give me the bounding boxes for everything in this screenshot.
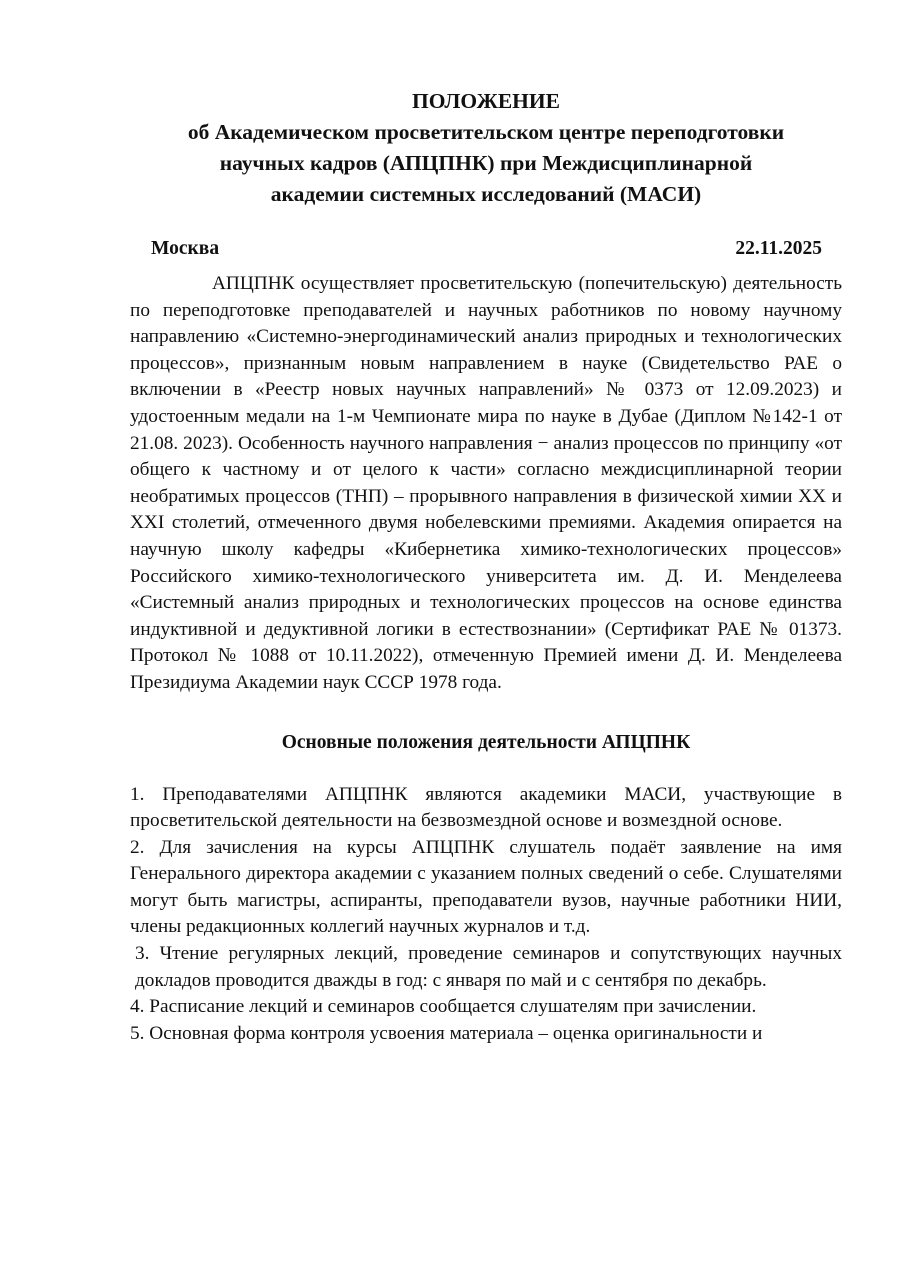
document-place: Москва <box>151 236 219 262</box>
intro-paragraph: АПЦПНК осуществляет просветительскую (по… <box>130 271 842 697</box>
list-item: 1. Преподавателями АПЦПНК являются акаде… <box>130 782 842 835</box>
title-line: академии системных исследований (МАСИ) <box>130 179 842 210</box>
document-title: ПОЛОЖЕНИЕ об Академическом просветительс… <box>130 86 842 210</box>
list-item: 5. Основная форма контроля усвоения мате… <box>130 1021 842 1048</box>
title-line: научных кадров (АПЦПНК) при Междисциплин… <box>130 148 842 179</box>
document-date: 22.11.2025 <box>735 236 822 262</box>
place-date-row: Москва 22.11.2025 <box>130 236 842 262</box>
list-item: 3. Чтение регулярных лекций, проведение … <box>130 941 842 994</box>
document-page: ПОЛОЖЕНИЕ об Академическом просветительс… <box>130 86 842 1047</box>
list-item: 2. Для зачисления на курсы АПЦПНК слушат… <box>130 835 842 941</box>
list-item: 4. Расписание лекций и семинаров сообщае… <box>130 994 842 1021</box>
section-title: Основные положения деятельности АПЦПНК <box>130 730 842 756</box>
title-line: ПОЛОЖЕНИЕ <box>130 86 842 117</box>
title-line: об Академическом просветительском центре… <box>130 117 842 148</box>
